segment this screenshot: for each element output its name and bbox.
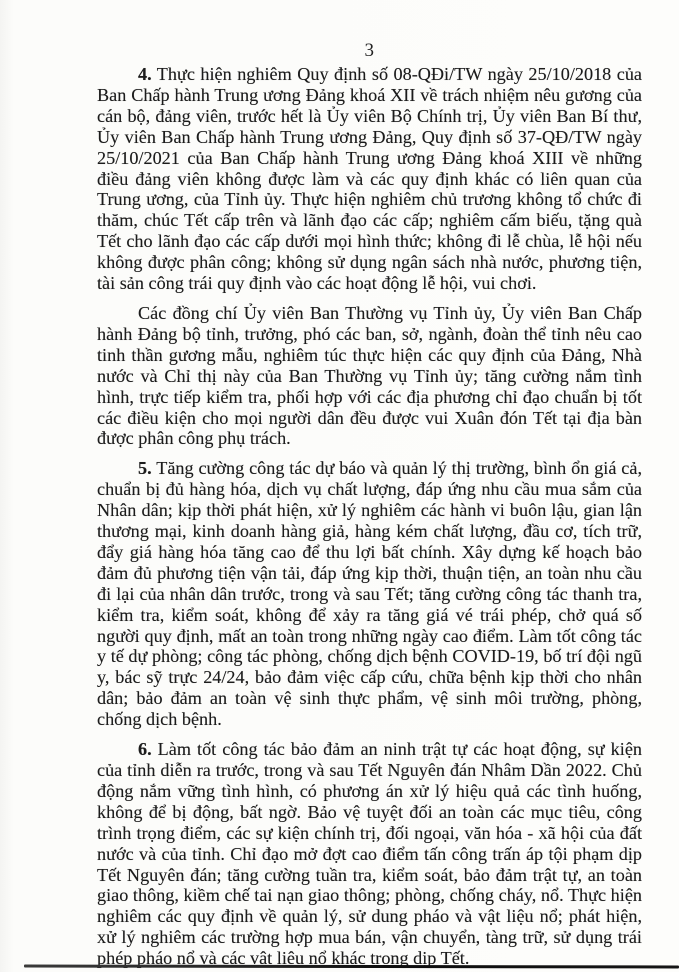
page-number: 3: [97, 40, 642, 62]
paragraph-number: 6.: [138, 739, 152, 759]
paragraph-item-5: 5. Tăng cường công tác dự báo và quản lý…: [97, 458, 642, 730]
paragraph-text: Thực hiện nghiêm Quy định số 08-QĐi/TW n…: [97, 64, 642, 293]
paragraph-item-4: 4. Thực hiện nghiêm Quy định số 08-QĐi/T…: [97, 64, 642, 294]
paragraph-number: 5.: [138, 458, 152, 478]
paragraph-unnumbered: Các đồng chí Ủy viên Ban Thường vụ Tỉnh …: [97, 303, 642, 449]
paragraph-number: 4.: [138, 64, 152, 84]
paragraph-text: Tăng cường công tác dự báo và quản lý th…: [97, 458, 642, 729]
paragraph-text: Làm tốt công tác bảo đảm an ninh trật tự…: [97, 739, 642, 968]
scanned-document-page: 3 4. Thực hiện nghiêm Quy định số 08-QĐi…: [0, 0, 679, 972]
paragraph-item-6: 6. Làm tốt công tác bảo đảm an ninh trật…: [97, 739, 642, 969]
document-body: 4. Thực hiện nghiêm Quy định số 08-QĐi/T…: [97, 64, 642, 972]
paragraph-text: Các đồng chí Ủy viên Ban Thường vụ Tỉnh …: [97, 303, 642, 448]
